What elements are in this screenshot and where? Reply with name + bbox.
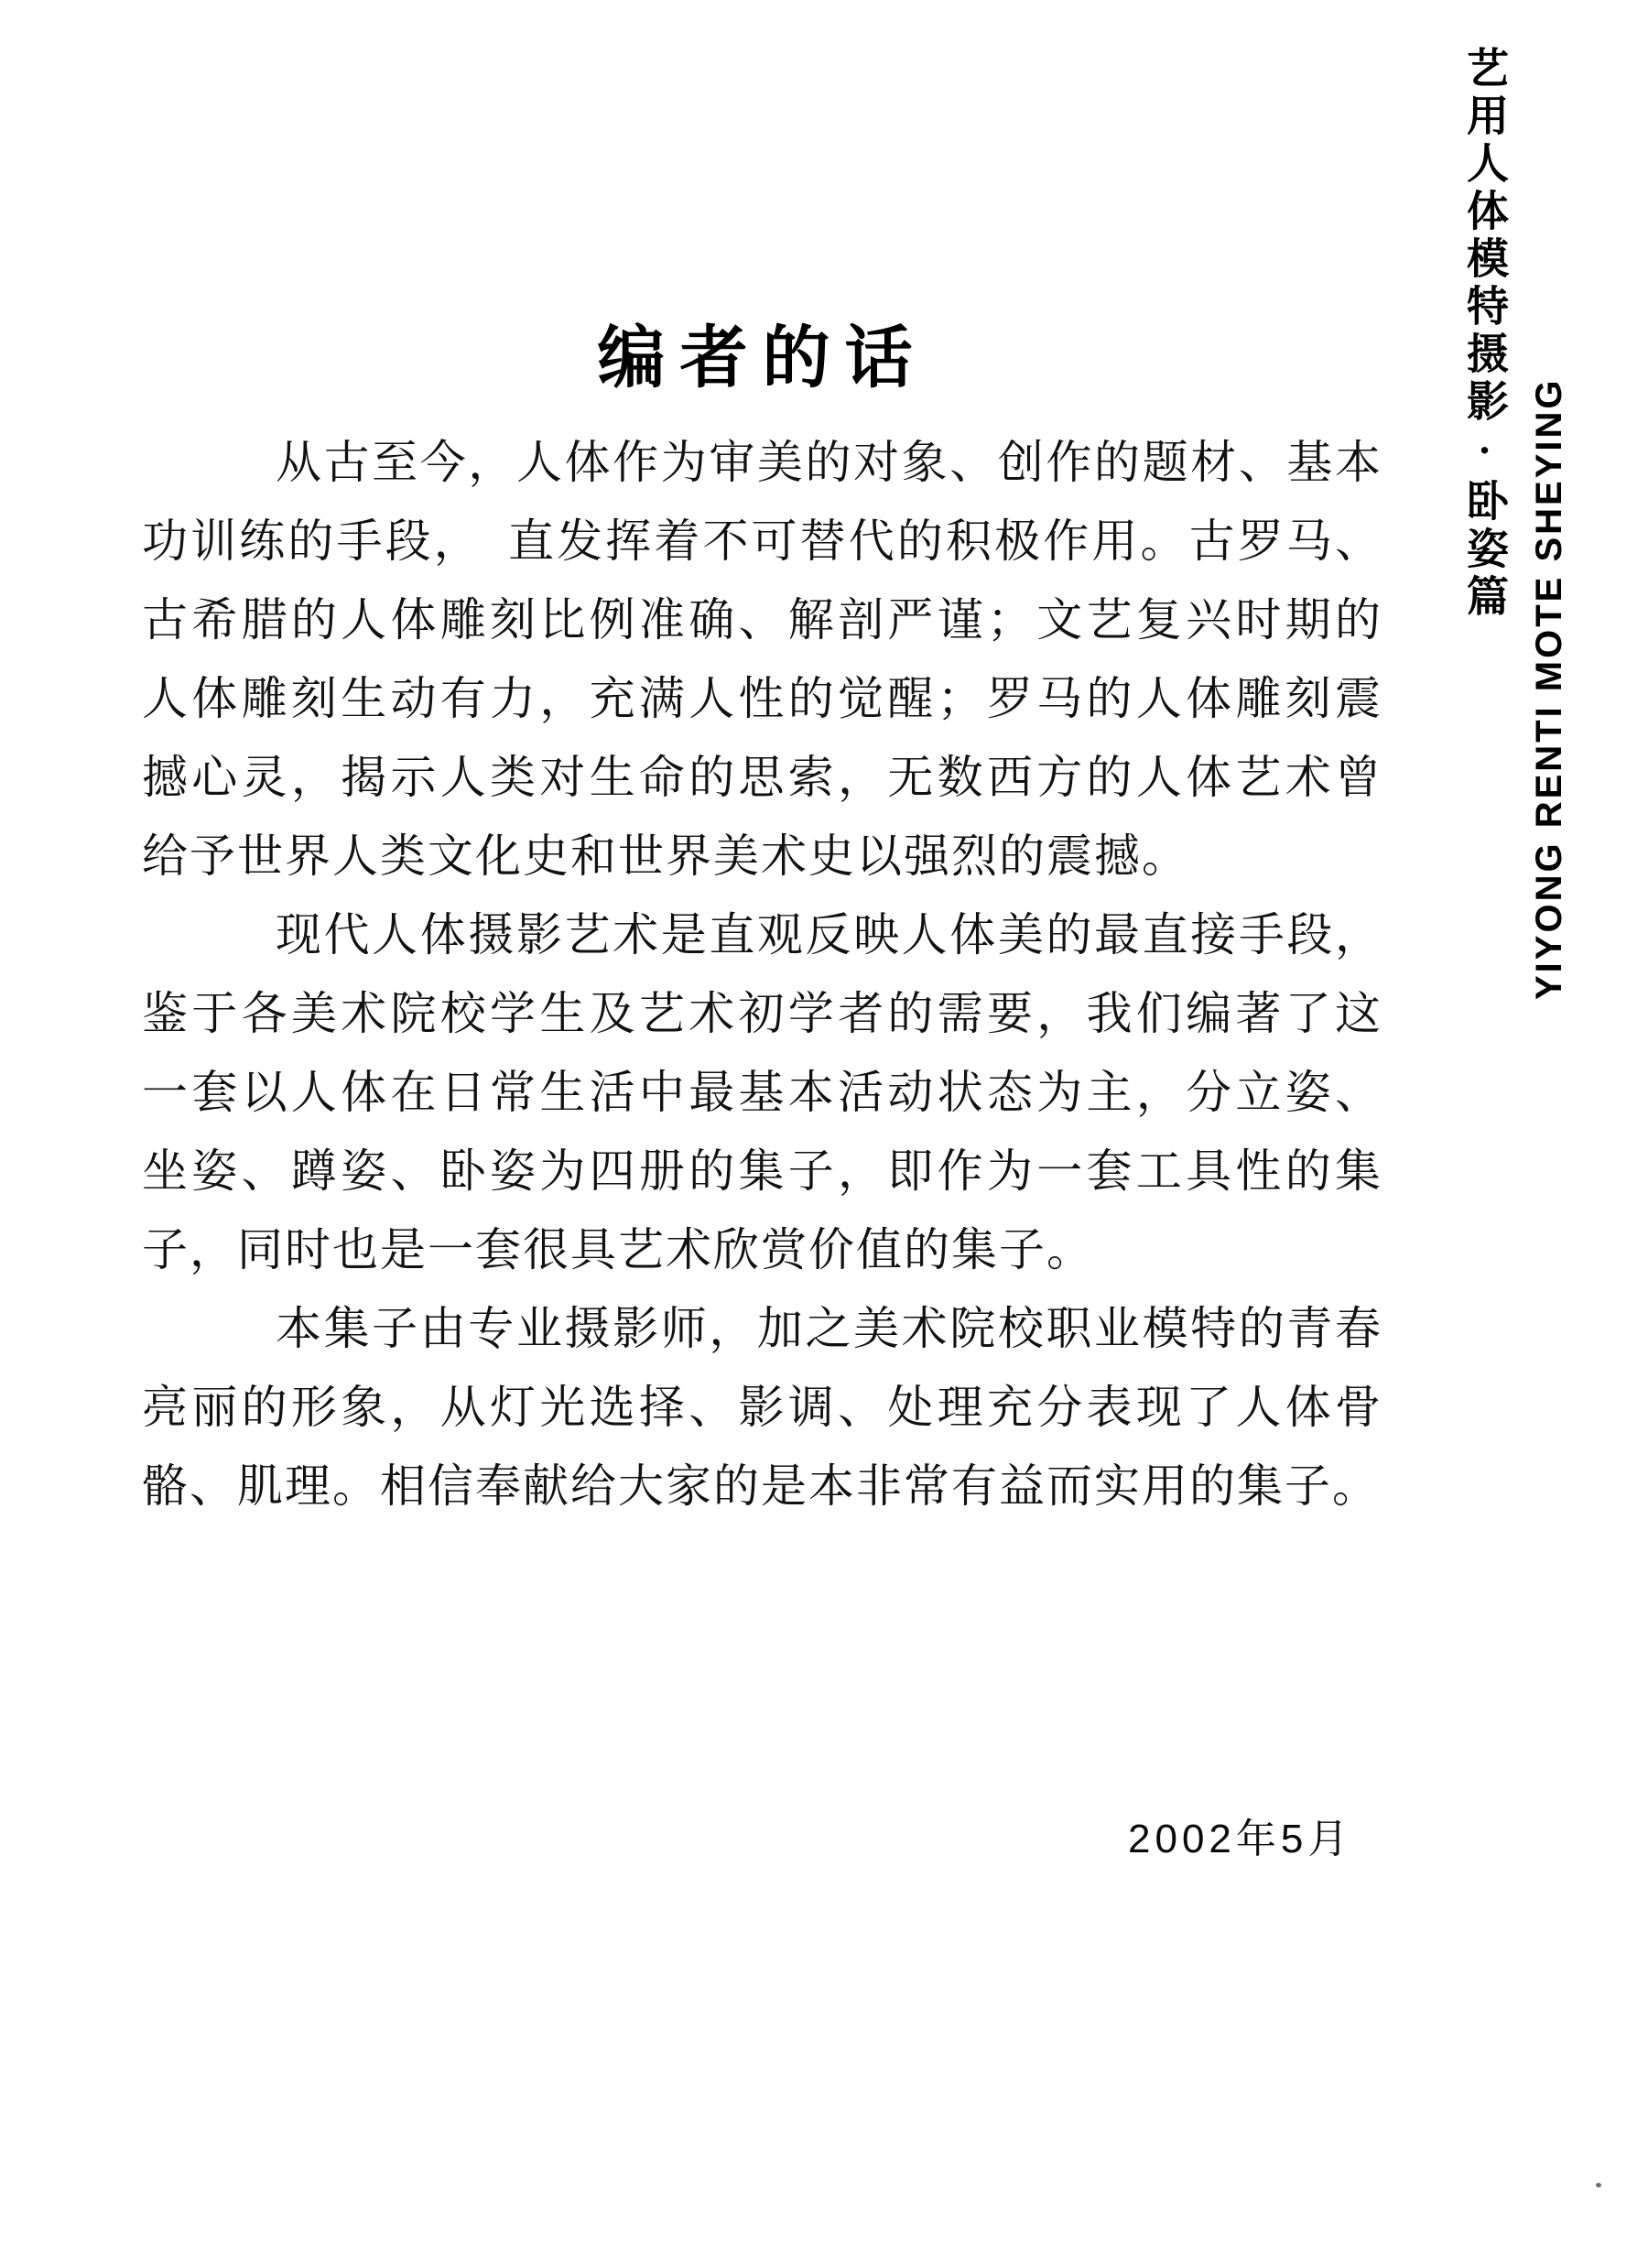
body-line: 一套以人体在日常生活中最基本活动状态为主，分立姿、 <box>142 1053 1382 1132</box>
body-line: 现代人体摄影艺术是直观反映人体美的最直接手段， <box>142 895 1382 974</box>
body-line: 功训练的手段， 直发挥着不可替代的积极作用。古罗马、 <box>142 502 1382 581</box>
body-line: 给予世界人类文化史和世界美术史以强烈的震撼。 <box>142 817 1382 895</box>
series-title-vertical-romanized: YIYONG RENTI MOTE SHEYING <box>1529 48 1570 1000</box>
body-line: 从古至今，人体作为审美的对象、创作的题材、基本 <box>142 423 1382 502</box>
body-line: 古希腊的人体雕刻比例准确、解剖严谨；文艺复兴时期的 <box>142 581 1382 659</box>
scan-artifact-speck <box>1596 2183 1601 2187</box>
scanned-book-page: 编者的话 从古至今，人体作为审美的对象、创作的题材、基本 功训练的手段， 直发挥… <box>0 0 1648 2268</box>
body-line: 鉴于各美术院校学生及艺术初学者的需要，我们编著了这 <box>142 974 1382 1053</box>
body-line: 撼心灵，揭示人类对生命的思索，无数西方的人体艺术曾 <box>142 738 1382 817</box>
body-line: 人体雕刻生动有力，充满人性的觉醒；罗马的人体雕刻震 <box>142 659 1382 738</box>
page-title: 编者的话 <box>142 319 1382 400</box>
body-line: 本集子由专业摄影师，加之美术院校职业模特的青春 <box>142 1289 1382 1368</box>
series-title-vertical-cn: 艺用人体模特摄影·卧姿篇 <box>1454 46 1514 632</box>
body-line: 坐姿、蹲姿、卧姿为四册的集子，即作为一套工具性的集 <box>142 1132 1382 1210</box>
publication-date: 2002年5月 <box>1128 1806 1352 1864</box>
body-line: 骼、肌理。相信奉献给大家的是本非常有益而实用的集子。 <box>142 1447 1382 1525</box>
body-text-block: 从古至今，人体作为审美的对象、创作的题材、基本 功训练的手段， 直发挥着不可替代… <box>142 423 1382 1525</box>
body-line: 亮丽的形象，从灯光选择、影调、处理充分表现了人体骨 <box>142 1368 1382 1447</box>
body-line: 子，同时也是一套很具艺术欣赏价值的集子。 <box>142 1210 1382 1289</box>
